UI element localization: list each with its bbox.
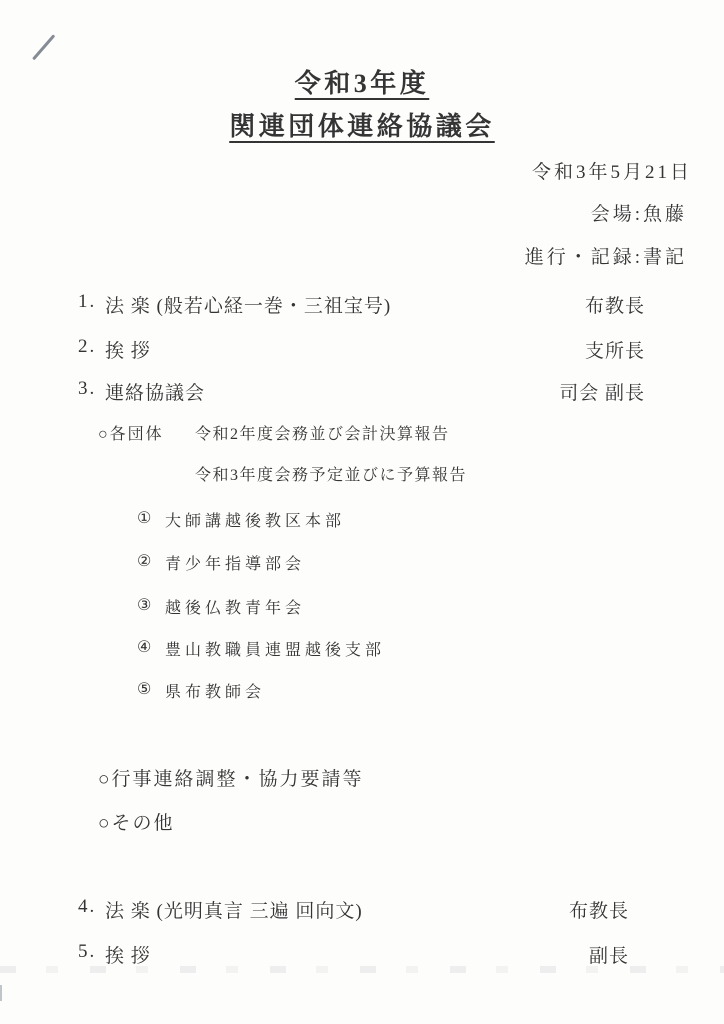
agenda-item-2-label: 挨 拶 [105, 336, 151, 363]
agenda-item-4: 4. 法 楽 (光明真言 三遍 回向文) 布教長 [0, 896, 724, 922]
circled-number-5-icon: ⑤ [137, 679, 151, 699]
group-bullet-prefix: ○各団体 [98, 421, 164, 444]
org-item-2: ② 青少年指導部会 [0, 551, 724, 577]
group-report-line2: 令和3年度会務予定並びに予算報告 [195, 462, 467, 485]
pencil-stroke-mark [32, 34, 55, 60]
bullet-item-coordination: ○行事連絡調整・協力要請等 [98, 768, 363, 792]
bullet-item-other: ○その他 [98, 812, 174, 836]
meeting-date: 令和3年5月21日 [532, 161, 692, 185]
agenda-item-1: 1. 法 楽 (般若心経一巻・三祖宝号) 布教長 [0, 291, 724, 317]
org-item-1-name: 大師講越後教区本部 [165, 508, 345, 531]
scanner-noise-band [0, 966, 724, 973]
scan-edge-artifact [0, 985, 2, 1001]
agenda-item-5-number: 5. [78, 941, 96, 963]
group-report-line1: 令和2年度会務並び会計決算報告 [195, 421, 450, 444]
agenda-item-3-number: 3. [78, 378, 96, 400]
agenda-item-5: 5. 挨 拶 副長 [0, 941, 724, 967]
doc-title-main: 関連団体連絡協議会 [0, 111, 724, 143]
agenda-item-1-role: 布教長 [585, 291, 645, 318]
group-report-header-2: 令和3年度会務予定並びに予算報告 [0, 462, 724, 488]
circled-number-4-icon: ④ [137, 637, 151, 657]
agenda-item-1-label: 法 楽 (般若心経一巻・三祖宝号) [105, 291, 391, 318]
agenda-item-2: 2. 挨 拶 支所長 [0, 336, 724, 362]
org-item-5-name: 県布教師会 [165, 679, 265, 702]
org-item-3-name: 越後仏教青年会 [165, 595, 305, 618]
agenda-item-4-number: 4. [78, 896, 96, 918]
agenda-item-4-role: 布教長 [569, 896, 629, 923]
circled-number-2-icon: ② [137, 551, 151, 571]
org-item-4: ④ 豊山教職員連盟越後支部 [0, 637, 724, 663]
org-item-3: ③ 越後仏教青年会 [0, 595, 724, 621]
agenda-item-1-number: 1. [78, 291, 96, 313]
agenda-item-5-role: 副長 [589, 941, 629, 968]
scanned-agenda-page: 令和3年度 関連団体連絡協議会 令和3年5月21日 会場:魚藤 進行・記録:書記… [0, 0, 724, 1024]
agenda-item-5-label: 挨 拶 [105, 941, 151, 968]
meeting-venue: 会場:魚藤 [591, 203, 687, 227]
agenda-item-3: 3. 連絡協議会 司会 副長 [0, 378, 724, 404]
circled-number-1-icon: ① [137, 508, 151, 528]
circled-number-3-icon: ③ [137, 595, 151, 615]
org-item-1: ① 大師講越後教区本部 [0, 508, 724, 534]
org-item-2-name: 青少年指導部会 [165, 551, 305, 574]
agenda-item-2-number: 2. [78, 336, 96, 358]
agenda-item-3-role: 司会 副長 [559, 378, 645, 405]
doc-title-year: 令和3年度 [0, 68, 724, 100]
agenda-item-2-role: 支所長 [585, 336, 645, 363]
agenda-item-3-label: 連絡協議会 [105, 378, 205, 405]
group-report-header: ○各団体 令和2年度会務並び会計決算報告 [0, 421, 724, 447]
org-item-5: ⑤ 県布教師会 [0, 679, 724, 705]
meeting-recorder: 進行・記録:書記 [525, 246, 687, 270]
agenda-item-4-label: 法 楽 (光明真言 三遍 回向文) [105, 896, 363, 923]
org-item-4-name: 豊山教職員連盟越後支部 [165, 637, 385, 660]
